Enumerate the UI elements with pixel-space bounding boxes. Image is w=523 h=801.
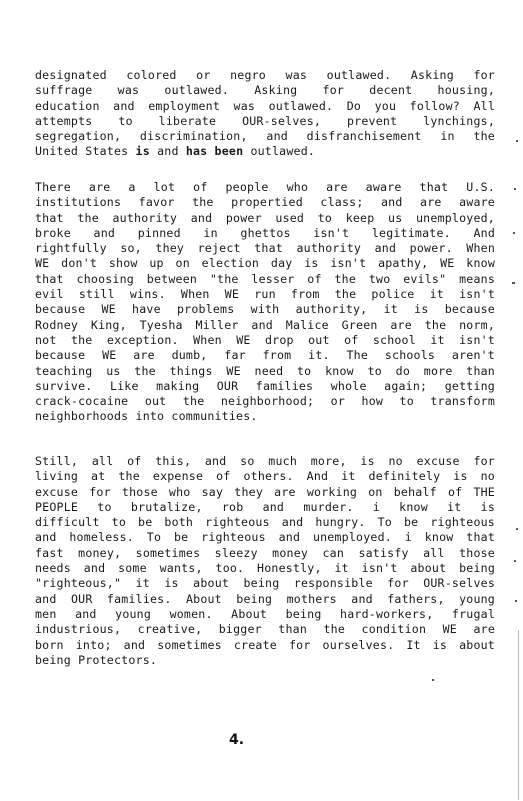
text-line: men and young women. About being hard-wo…: [35, 607, 495, 622]
paragraph-1: designated colored or negro was outlawed…: [35, 68, 495, 160]
text-line: industrious, creative, bigger than the c…: [35, 622, 495, 637]
scan-artifact: [515, 600, 517, 602]
scan-artifact: [514, 188, 516, 190]
text-line: institutions favor the propertied class;…: [35, 195, 495, 210]
text-line: survive. Like making OUR families whole …: [35, 379, 495, 394]
document-page: designated colored or negro was outlawed…: [0, 0, 523, 801]
text-line: neighborhoods into communities.: [35, 409, 495, 424]
text-line: WE don't show up on election day is isn'…: [35, 256, 495, 271]
page-number: 4.: [229, 732, 244, 748]
scan-artifact: [432, 679, 434, 681]
text-line: Rodney King, Tyesha Miller and Malice Gr…: [35, 318, 495, 333]
text-line: and homeless. To be righteous and unempl…: [35, 530, 495, 545]
text-line: segregation, discrimination, and disfran…: [35, 129, 495, 144]
text-line: suffrage was outlawed. Asking for decent…: [35, 83, 495, 98]
text-line: difficult to be both righteous and hungr…: [35, 515, 495, 530]
text-line: fast money, sometimes sleezy money can s…: [35, 546, 495, 561]
scan-artifact: [516, 140, 518, 142]
paragraph-2: There are a lot of people who are aware …: [35, 180, 495, 425]
text-line: PEOPLE to brutalize, rob and murder. i k…: [35, 500, 495, 515]
text-line: teaching us the things WE need to know t…: [35, 364, 495, 379]
text-line: There are a lot of people who are aware …: [35, 180, 495, 195]
text-line: crack-cocaine out the neighborhood; or h…: [35, 394, 495, 409]
text-line: needs and some wants, too. Honestly, it …: [35, 561, 495, 576]
text-line: broke and pinned in ghettos isn't legiti…: [35, 226, 495, 241]
text-line: excuse for those who say they are workin…: [35, 485, 495, 500]
text-line: designated colored or negro was outlawed…: [35, 68, 495, 83]
text-line: rightfully so, they reject that authorit…: [35, 241, 495, 256]
text-line: not the exception. When WE drop out of s…: [35, 333, 495, 348]
text-line: that the authority and power used to kee…: [35, 211, 495, 226]
text-line: because WE have problems with authority,…: [35, 302, 495, 317]
scan-edge-line: [518, 630, 519, 800]
text-line: "righteous," it is about being responsib…: [35, 576, 495, 591]
text-line: evil still wins. When WE run from the po…: [35, 287, 495, 302]
text-line: attempts to liberate OUR-selves, prevent…: [35, 114, 495, 129]
text-line: and OUR families. About being mothers an…: [35, 592, 495, 607]
text-line: Still, all of this, and so much more, is…: [35, 454, 495, 469]
text-line: being Protectors.: [35, 653, 495, 668]
text-line: that choosing between "the lesser of the…: [35, 272, 495, 287]
bold-phrase: is: [136, 144, 150, 158]
bold-phrase: has been: [186, 144, 243, 158]
paragraph-3: Still, all of this, and so much more, is…: [35, 454, 495, 668]
text-line: living at the expense of others. And it …: [35, 469, 495, 484]
text-line: born into; and sometimes create for ours…: [35, 638, 495, 653]
text-line: because WE are dumb, far from it. The sc…: [35, 348, 495, 363]
scan-artifact: [513, 232, 515, 234]
text-line-with-bold: United States is and has been outlawed.: [35, 144, 495, 159]
scan-artifact: [514, 560, 516, 562]
scan-artifact: [512, 282, 515, 284]
scan-artifact: [516, 528, 518, 530]
text-line: education and employment was outlawed. D…: [35, 99, 495, 114]
